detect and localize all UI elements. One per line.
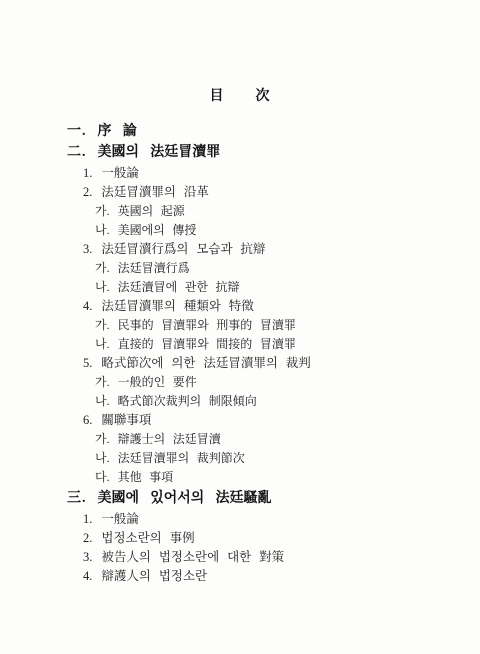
toc-item: 二.美國의 法廷冒瀆罪: [0, 143, 480, 162]
toc-item: 4.法廷冒瀆罪의 種類와 特徵: [0, 297, 480, 316]
toc-list: 一.序 論二.美國의 法廷冒瀆罪1.一般論2.法廷冒瀆罪의 沿革가.英國의 起源…: [0, 120, 480, 586]
toc-item: 1.一般論: [0, 510, 480, 529]
toc-item-text: 一般論: [101, 510, 139, 529]
toc-item: 2.法廷冒瀆罪의 沿革: [0, 183, 480, 202]
toc-item: 가.民事的 冒瀆罪와 刑事的 冒瀆罪: [0, 316, 480, 335]
toc-item-text: 民事的 冒瀆罪와 刑事的 冒瀆罪: [118, 316, 296, 335]
toc-item-text: 법정소란의 事例: [101, 529, 194, 548]
toc-item: 다.其他 事項: [0, 468, 480, 487]
toc-item: 2.법정소란의 事例: [0, 529, 480, 548]
toc-item-marker: 나.: [95, 335, 110, 354]
toc-item-marker: 1.: [83, 164, 92, 183]
toc-item-marker: 나.: [95, 392, 110, 411]
toc-item-text: 美國에의 傳授: [118, 221, 197, 240]
toc-item-text: 被告人의 법정소란에 대한 對策: [101, 548, 284, 567]
toc-item: 가.一般的인 要件: [0, 373, 480, 392]
toc-item-marker: 다.: [95, 468, 110, 487]
toc-item: 6.關聯事項: [0, 411, 480, 430]
toc-item-text: 略式節次에 의한 法廷冒瀆罪의 裁判: [101, 354, 310, 373]
document-page: 目 次 一.序 論二.美國의 法廷冒瀆罪1.一般論2.法廷冒瀆罪의 沿革가.英國…: [0, 0, 480, 654]
toc-item: 나.法廷冒瀆罪의 裁判節次: [0, 449, 480, 468]
toc-item-marker: 二.: [67, 143, 87, 162]
toc-item-marker: 가.: [95, 373, 110, 392]
toc-item: 가.英國의 起源: [0, 202, 480, 221]
toc-item-text: 美國의 法廷冒瀆罪: [98, 143, 221, 162]
toc-item-marker: 나.: [95, 449, 110, 468]
toc-item-text: 略式節次裁判의 制限傾向: [118, 392, 257, 411]
toc-item-text: 法廷冒瀆罪의 種類와 特徵: [101, 297, 253, 316]
toc-item-text: 辯護士의 法廷冒瀆: [118, 430, 221, 449]
toc-item: 4.辯護人의 법정소란: [0, 567, 480, 586]
toc-item-marker: 가.: [95, 202, 110, 221]
toc-item-marker: 3.: [83, 240, 92, 259]
toc-item-marker: 가.: [95, 259, 110, 278]
toc-item-text: 序 論: [98, 122, 137, 141]
toc-item-text: 一般的인 要件: [118, 373, 197, 392]
page-title: 目 次: [0, 85, 480, 105]
toc-item: 5.略式節次에 의한 法廷冒瀆罪의 裁判: [0, 354, 480, 373]
toc-item: 一.序 論: [0, 122, 480, 141]
toc-item: 1.一般論: [0, 164, 480, 183]
toc-item: 가.辯護士의 法廷冒瀆: [0, 430, 480, 449]
toc-item-marker: 4.: [83, 297, 92, 316]
toc-item-marker: 三.: [67, 489, 87, 508]
toc-item: 가.法廷冒瀆行爲: [0, 259, 480, 278]
toc-item-text: 法廷冒瀆行爲: [118, 259, 190, 278]
toc-item-marker: 6.: [83, 411, 92, 430]
toc-item-text: 法廷冒瀆罪의 沿革: [101, 183, 208, 202]
toc-item-marker: 5.: [83, 354, 92, 373]
toc-item-marker: 一.: [67, 122, 87, 141]
toc-item-text: 辯護人의 법정소란: [101, 567, 207, 586]
toc-item-marker: 2.: [83, 529, 92, 548]
toc-item-text: 一般論: [101, 164, 139, 183]
toc-item-text: 美國에 있어서의 法廷騷亂: [98, 489, 272, 508]
toc-item-marker: 가.: [95, 430, 110, 449]
toc-item-marker: 2.: [83, 183, 92, 202]
toc-item-marker: 1.: [83, 510, 92, 529]
toc-item: 三.美國에 있어서의 法廷騷亂: [0, 489, 480, 508]
toc-item-text: 法廷冒瀆行爲의 모습과 抗辯: [101, 240, 265, 259]
toc-item: 나.法廷瀆冒에 관한 抗辯: [0, 278, 480, 297]
toc-item-marker: 4.: [83, 567, 92, 586]
toc-item-text: 英國의 起源: [118, 202, 185, 221]
toc-item-text: 關聯事項: [101, 411, 151, 430]
toc-item: 나.直接的 冒瀆罪와 間接的 冒瀆罪: [0, 335, 480, 354]
toc-item-text: 法廷瀆冒에 관한 抗辯: [118, 278, 240, 297]
toc-item-text: 直接的 冒瀆罪와 間接的 冒瀆罪: [118, 335, 296, 354]
toc-item-text: 其他 事項: [118, 468, 174, 487]
toc-item: 3.被告人의 법정소란에 대한 對策: [0, 548, 480, 567]
toc-item-marker: 가.: [95, 316, 110, 335]
toc-item-marker: 나.: [95, 221, 110, 240]
toc-item-marker: 나.: [95, 278, 110, 297]
toc-item-marker: 3.: [83, 548, 92, 567]
toc-item: 나.略式節次裁判의 制限傾向: [0, 392, 480, 411]
toc-item-text: 法廷冒瀆罪의 裁判節次: [118, 449, 245, 468]
toc-item: 나.美國에의 傳授: [0, 221, 480, 240]
toc-item: 3.法廷冒瀆行爲의 모습과 抗辯: [0, 240, 480, 259]
